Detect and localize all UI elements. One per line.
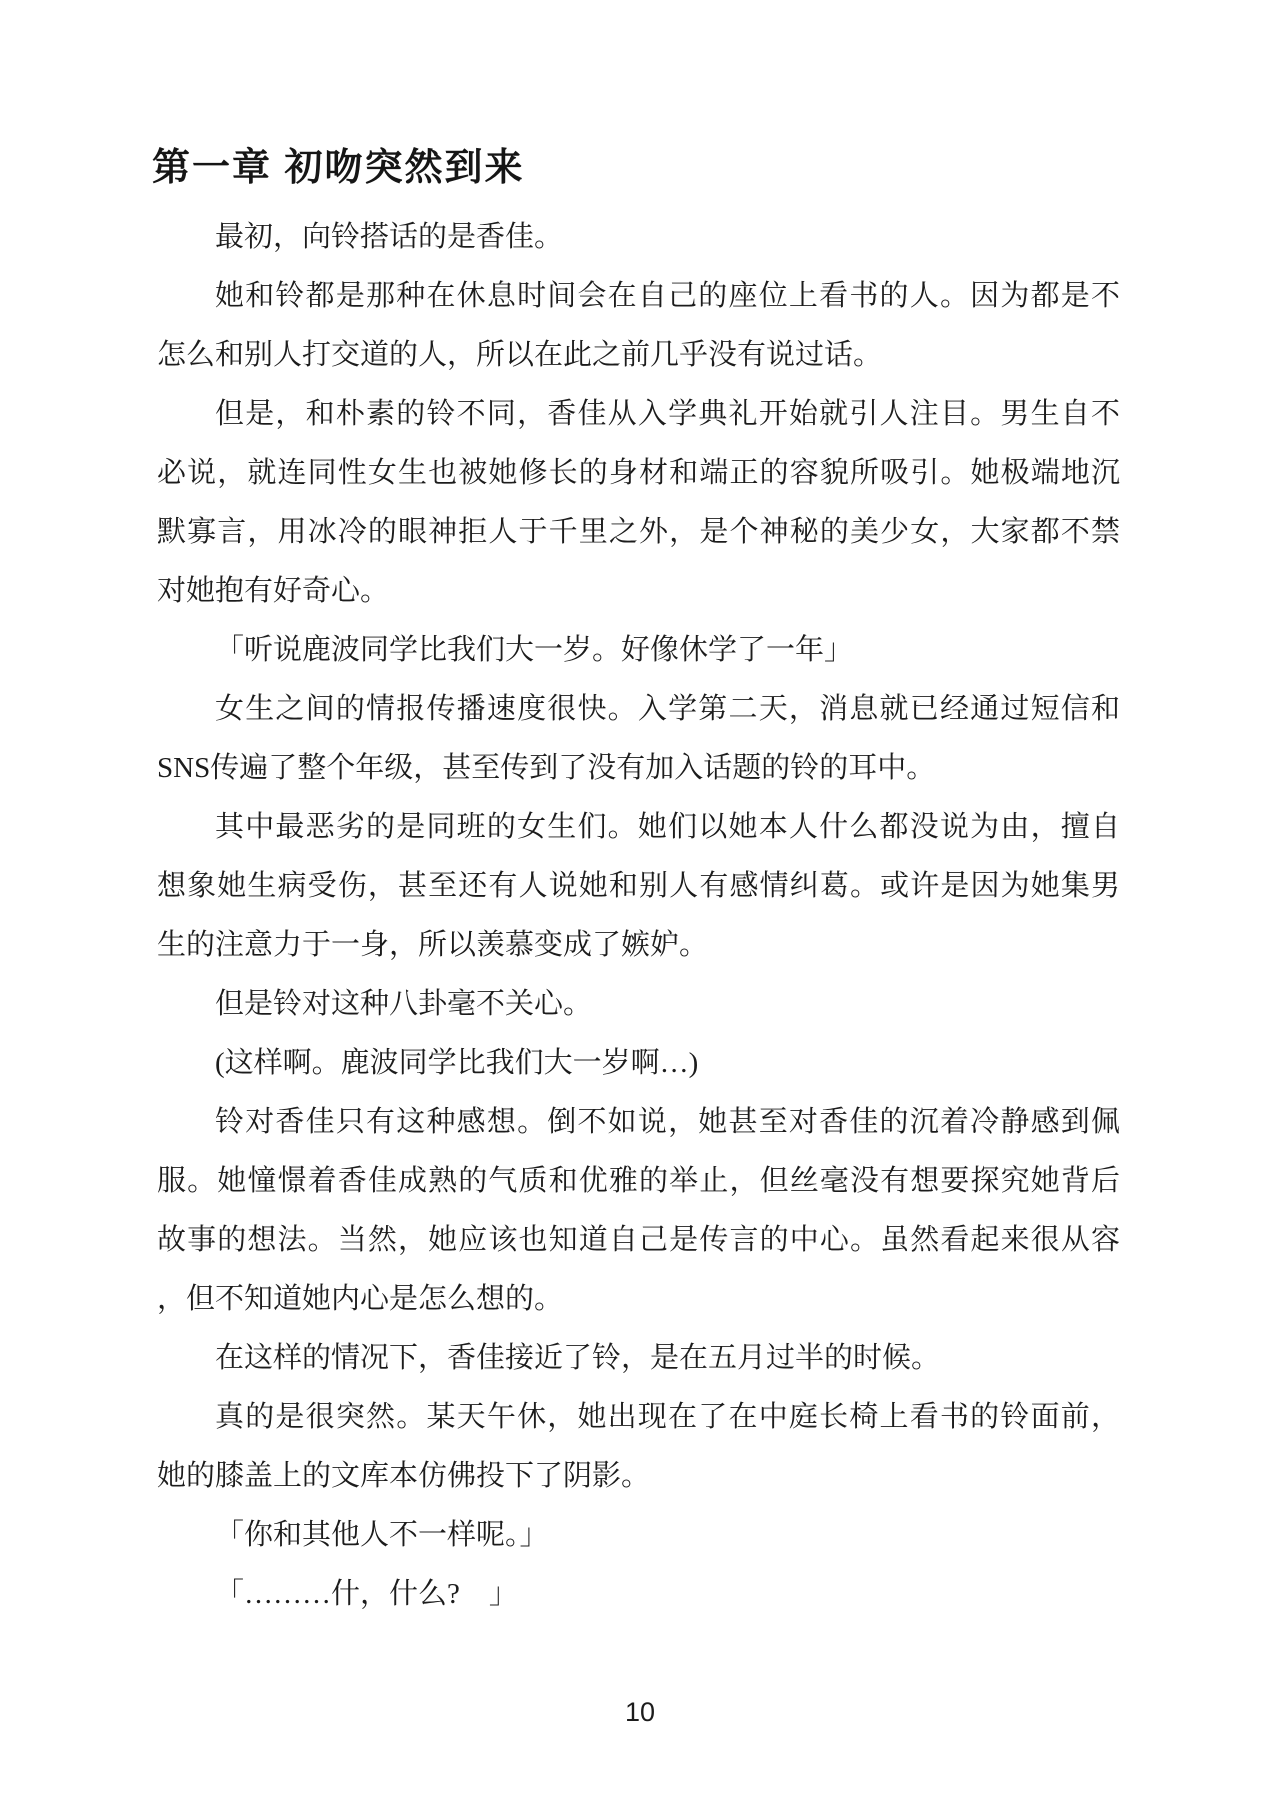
text-line: SNS传遍了整个年级，甚至传到了没有加入话题的铃的耳中。 [157,739,1120,798]
paragraph: 但是铃对这种八卦毫不关心。 [157,975,1120,1034]
text-line: 但是，和朴素的铃不同，香佳从入学典礼开始就引人注目。男生自不 [157,385,1120,444]
text-line: 故事的想法。当然，她应该也知道自己是传言的中心。虽然看起来很从容 [157,1211,1120,1270]
text-line: 铃对香佳只有这种感想。倒不如说，她甚至对香佳的沉着冷静感到佩 [157,1093,1120,1152]
text-line: 默寡言，用冰冷的眼神拒人于千里之外，是个神秘的美少女，大家都不禁 [157,503,1120,562]
paragraph: 「你和其他人不一样呢。」 [157,1506,1120,1565]
paragraph: 但是，和朴素的铃不同，香佳从入学典礼开始就引人注目。男生自不必说，就连同性女生也… [157,385,1120,621]
paragraph: 在这样的情况下，香佳接近了铃，是在五月过半的时候。 [157,1329,1120,1388]
paragraph: 「………什，什么? 」 [157,1565,1120,1624]
text-line: ，但不知道她内心是怎么想的。 [157,1270,1120,1329]
text-line: 她的膝盖上的文库本仿佛投下了阴影。 [157,1447,1120,1506]
text-line: 生的注意力于一身，所以羡慕变成了嫉妒。 [157,916,1120,975]
text-line: 「………什，什么? 」 [157,1565,1120,1624]
text-line: (这样啊。鹿波同学比我们大一岁啊…) [157,1034,1120,1093]
text-line: 「你和其他人不一样呢。」 [157,1506,1120,1565]
paragraph: 「听说鹿波同学比我们大一岁。好像休学了一年」 [157,621,1120,680]
text-line: 必说，就连同性女生也被她修长的身材和端正的容貌所吸引。她极端地沉 [157,444,1120,503]
chapter-title: 第一章 初吻突然到来 [152,144,525,192]
page-number: 10 [0,1695,1280,1729]
text-line: 「听说鹿波同学比我们大一岁。好像休学了一年」 [157,621,1120,680]
text-line: 真的是很突然。某天午休，她出现在了在中庭长椅上看书的铃面前， [157,1388,1120,1447]
paragraph: 女生之间的情报传播速度很快。入学第二天，消息就已经通过短信和SNS传遍了整个年级… [157,680,1120,798]
text-line: 但是铃对这种八卦毫不关心。 [157,975,1120,1034]
paragraph: 她和铃都是那种在休息时间会在自己的座位上看书的人。因为都是不怎么和别人打交道的人… [157,267,1120,385]
paragraph: 真的是很突然。某天午休，她出现在了在中庭长椅上看书的铃面前，她的膝盖上的文库本仿… [157,1388,1120,1506]
text-line: 想象她生病受伤，甚至还有人说她和别人有感情纠葛。或许是因为她集男 [157,857,1120,916]
text-line: 怎么和别人打交道的人，所以在此之前几乎没有说过话。 [157,326,1120,385]
paragraph: 其中最恶劣的是同班的女生们。她们以她本人什么都没说为由，擅自想象她生病受伤，甚至… [157,798,1120,975]
text-line: 她和铃都是那种在休息时间会在自己的座位上看书的人。因为都是不 [157,267,1120,326]
paragraph: 铃对香佳只有这种感想。倒不如说，她甚至对香佳的沉着冷静感到佩服。她憧憬着香佳成熟… [157,1093,1120,1329]
text-line: 女生之间的情报传播速度很快。入学第二天，消息就已经通过短信和 [157,680,1120,739]
body-text: 最初，向铃搭话的是香佳。她和铃都是那种在休息时间会在自己的座位上看书的人。因为都… [157,208,1120,1624]
text-line: 其中最恶劣的是同班的女生们。她们以她本人什么都没说为由，擅自 [157,798,1120,857]
document-page: 第一章 初吻突然到来 最初，向铃搭话的是香佳。她和铃都是那种在休息时间会在自己的… [0,0,1280,1810]
paragraph: (这样啊。鹿波同学比我们大一岁啊…) [157,1034,1120,1093]
text-line: 服。她憧憬着香佳成熟的气质和优雅的举止，但丝毫没有想要探究她背后 [157,1152,1120,1211]
text-line: 在这样的情况下，香佳接近了铃，是在五月过半的时候。 [157,1329,1120,1388]
text-line: 最初，向铃搭话的是香佳。 [157,208,1120,267]
text-line: 对她抱有好奇心。 [157,562,1120,621]
paragraph: 最初，向铃搭话的是香佳。 [157,208,1120,267]
